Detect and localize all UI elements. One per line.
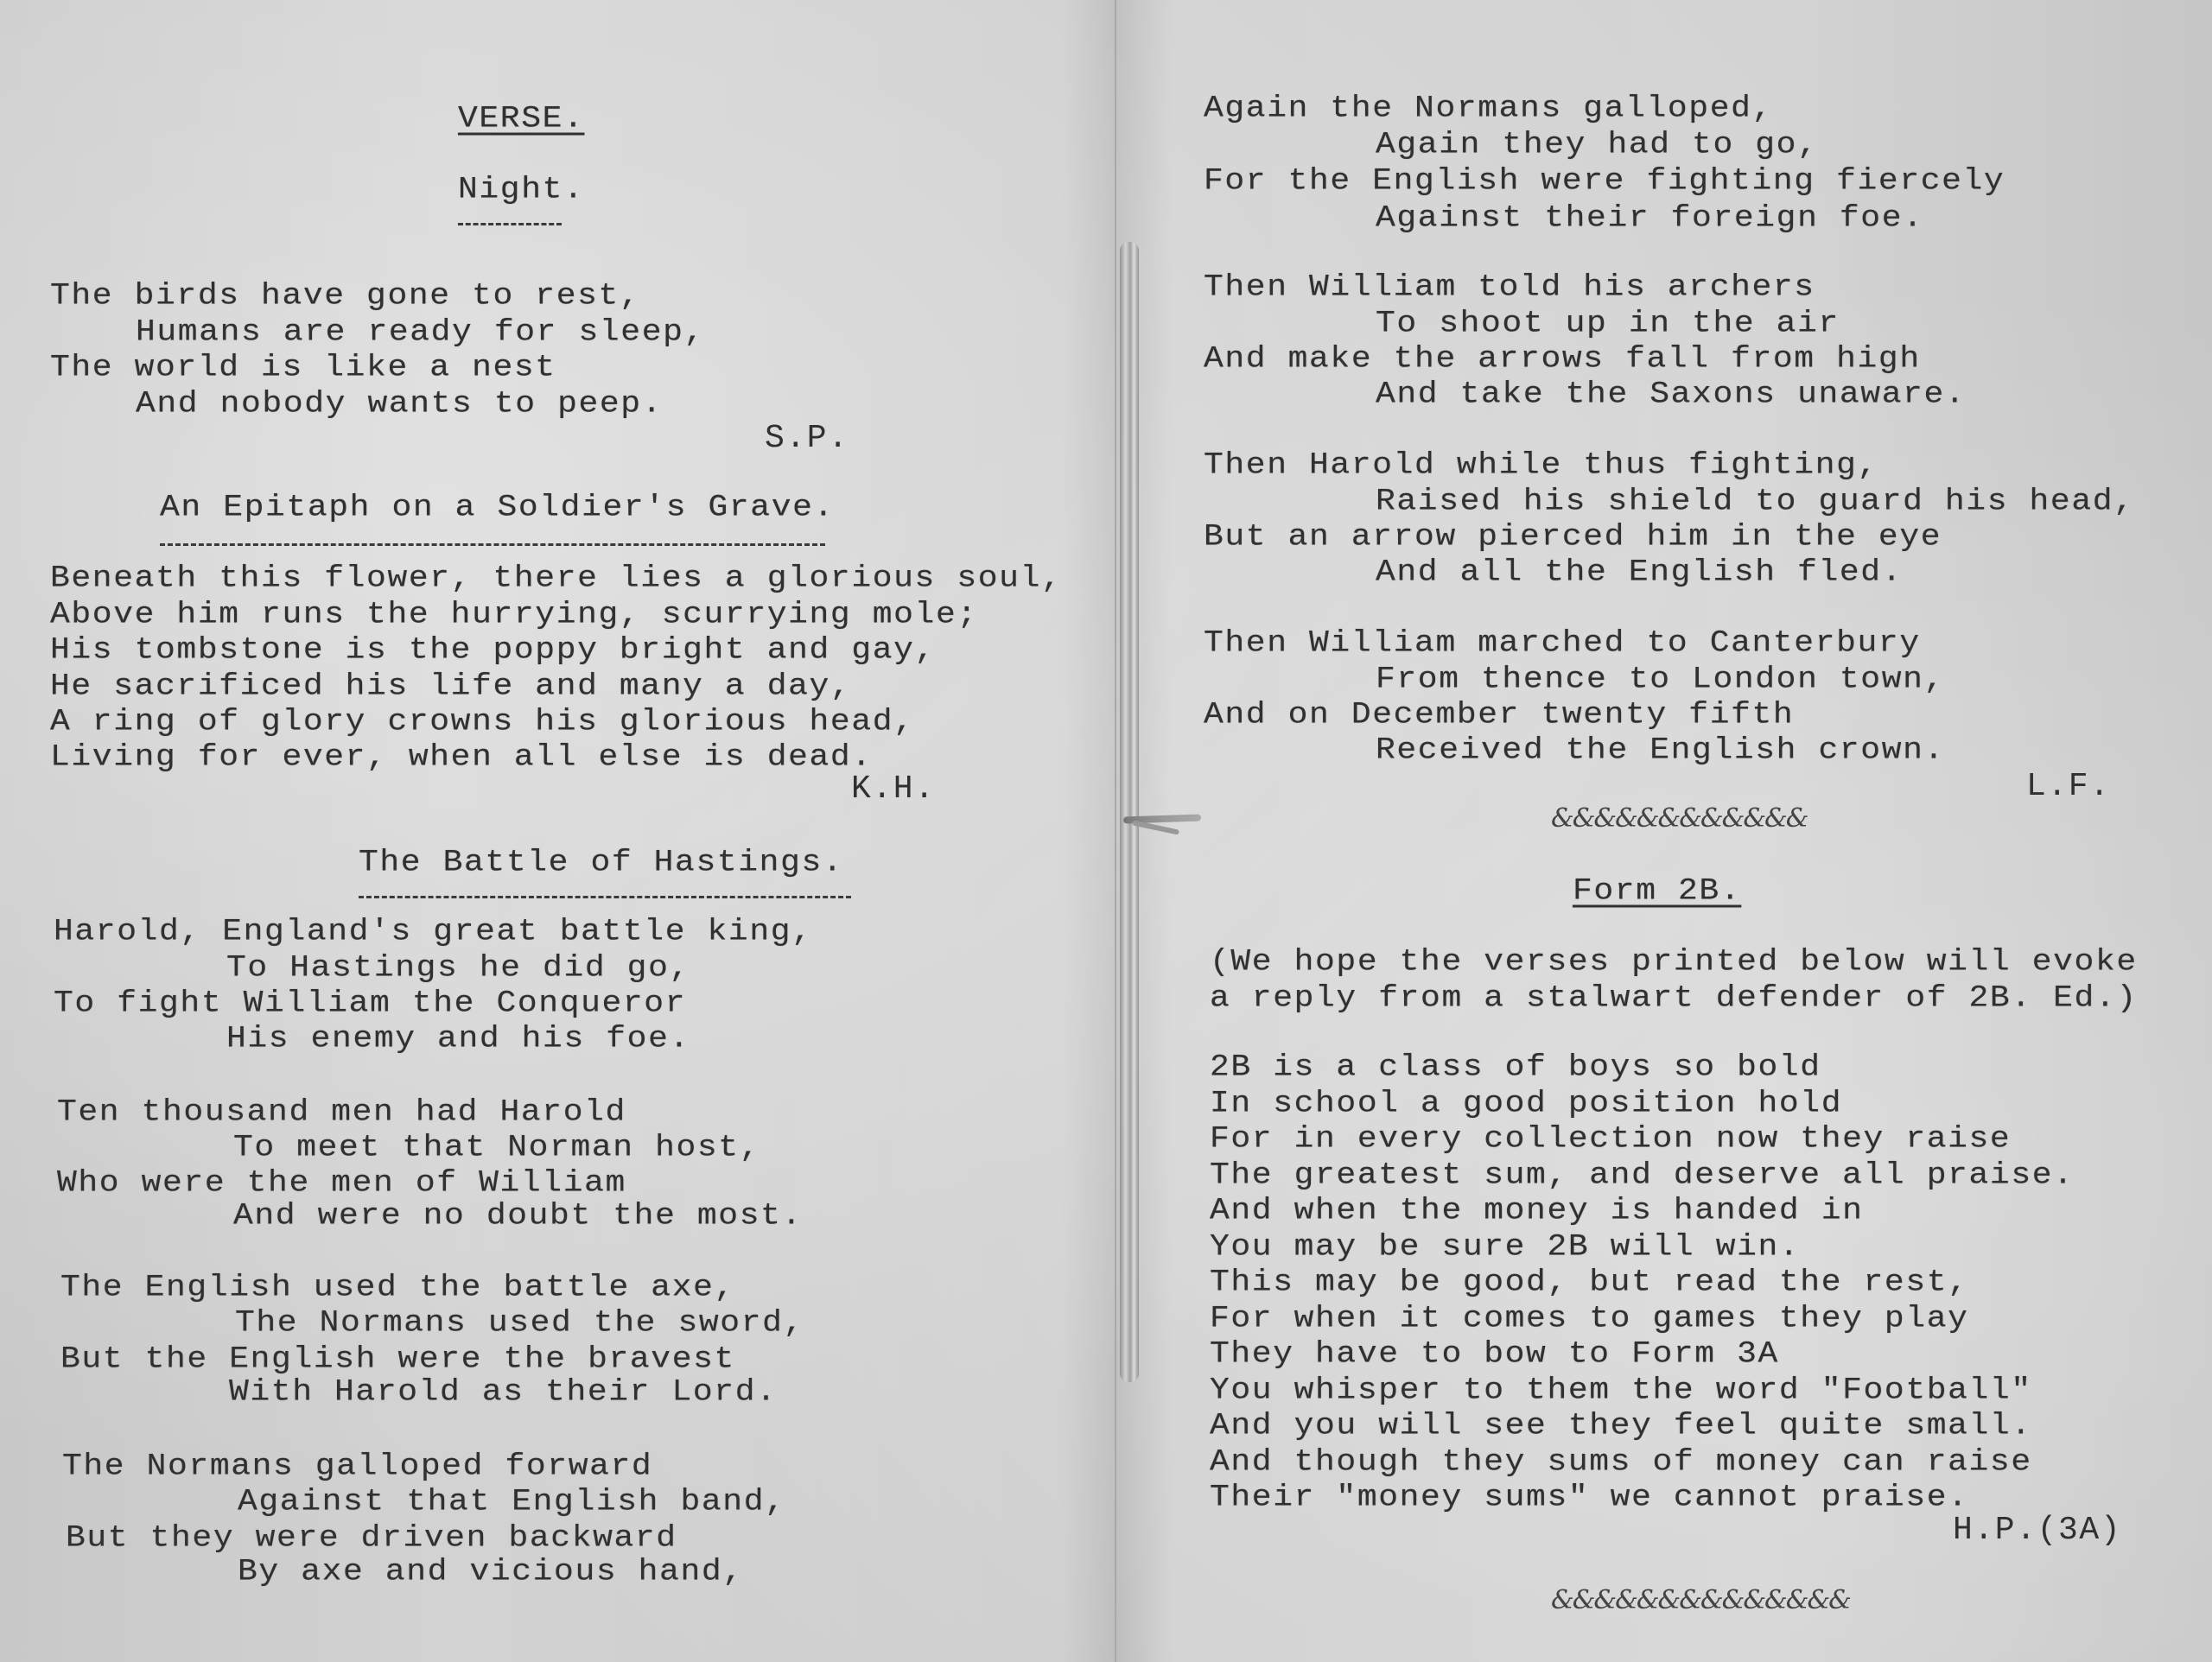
- poem-line: Then William marched to Canterbury: [1204, 628, 1921, 660]
- poem-line: Living for ever, when all else is dead.: [50, 742, 873, 774]
- author-initials: H.P.(3A): [1953, 1512, 2121, 1549]
- poem-line: Then William told his archers: [1204, 272, 1815, 304]
- poem-line: Then Harold while thus fighting,: [1204, 450, 1878, 482]
- poem-title-hastings: The Battle of Hastings.: [359, 847, 843, 879]
- poem-line: To fight William the Conqueror: [54, 988, 686, 1020]
- title-dash-rule: [160, 543, 825, 546]
- poem-line: He sacrificed his life and many a day,: [50, 671, 851, 703]
- poem-line: And when the money is handed in: [1210, 1196, 1864, 1227]
- poem-line: Beneath this flower, there lies a glorio…: [50, 563, 1062, 595]
- poem-line: For the English were fighting fiercely: [1204, 166, 2005, 198]
- center-fold: [1115, 0, 1116, 1662]
- poem-line: And though they sums of money can raise: [1210, 1447, 2032, 1479]
- title-dash-rule: [359, 896, 851, 898]
- poem-line: Ten thousand men had Harold: [57, 1097, 626, 1129]
- poem-line: And you will see they feel quite small.: [1210, 1411, 2032, 1443]
- poem-line: 2B is a class of boys so bold: [1210, 1052, 1821, 1084]
- poem-line: Harold, England's great battle king,: [54, 917, 813, 948]
- poem-line: The world is like a nest: [50, 352, 556, 384]
- poem-line: And take the Saxons unaware.: [1376, 379, 1966, 411]
- poem-line: Against their foreign foe.: [1376, 203, 1924, 235]
- poem-line: To meet that Norman host,: [233, 1132, 760, 1164]
- scanned-booklet-spread: VERSE. Night. The birds have gone to res…: [0, 0, 2212, 1662]
- poem-line: Who were the men of William: [57, 1168, 626, 1200]
- poem-line: Again they had to go,: [1376, 130, 1818, 162]
- poem-line: And were no doubt the most.: [233, 1201, 803, 1233]
- poem-line: By axe and vicious hand,: [238, 1557, 744, 1589]
- poem-line: Humans are ready for sleep,: [136, 317, 705, 349]
- poem-line: The English used the battle axe,: [60, 1272, 735, 1304]
- poem-line: A ring of glory crowns his glorious head…: [50, 707, 915, 739]
- editor-note: a reply from a stalwart defender of 2B. …: [1210, 983, 2138, 1015]
- author-initials: L.F.: [2026, 768, 2111, 805]
- title-dash-rule: [458, 223, 562, 225]
- poem-line: Above him runs the hurrying, scurrying m…: [50, 599, 978, 631]
- poem-title-night: Night.: [458, 174, 584, 206]
- poem-line: But an arrow pierced him in the eye: [1204, 522, 1942, 554]
- poem-line: In school a good position hold: [1210, 1088, 1842, 1120]
- poem-line: But the English were the bravest: [60, 1344, 735, 1376]
- poem-line: You whisper to them the word "Football": [1210, 1375, 2032, 1407]
- poem-line: His tombstone is the poppy bright and ga…: [50, 635, 936, 667]
- poem-title-epitaph: An Epitaph on a Soldier's Grave.: [160, 492, 835, 524]
- poem-line: For when it comes to games they play: [1210, 1304, 1969, 1335]
- poem-line: And make the arrows fall from high: [1204, 344, 1921, 376]
- ornament-divider: &&&&&&&&&&&&&&: [1551, 1585, 1850, 1615]
- poem-line: Received the English crown.: [1376, 735, 1945, 767]
- poem-line: And all the English fled.: [1376, 557, 1903, 589]
- poem-line: The Normans used the sword,: [235, 1308, 804, 1340]
- poem-line: To Hastings he did go,: [226, 953, 690, 985]
- poem-line: His enemy and his foe.: [226, 1024, 690, 1056]
- poem-line: And on December twenty fifth: [1204, 700, 1794, 732]
- poem-title-form-2b: Form 2B.: [1573, 876, 1741, 908]
- poem-line: To shoot up in the air: [1376, 308, 1840, 340]
- binding-string: [1120, 242, 1139, 1382]
- poem-line: From thence to London town,: [1376, 664, 1945, 696]
- ornament-divider: &&&&&&&&&&&&: [1551, 803, 1807, 834]
- poem-line: And nobody wants to peep.: [136, 389, 663, 421]
- poem-line: Raised his shield to guard his head,: [1376, 486, 2135, 518]
- poem-line: The greatest sum, and deserve all praise…: [1210, 1160, 2075, 1192]
- left-page: VERSE. Night. The birds have gone to res…: [0, 0, 1115, 1662]
- poem-line: Their "money sums" we cannot praise.: [1210, 1482, 1969, 1514]
- section-heading: VERSE.: [458, 104, 584, 136]
- editor-note: (We hope the verses printed below will e…: [1210, 947, 2138, 979]
- poem-line: With Harold as their Lord.: [229, 1377, 778, 1409]
- poem-line: You may be sure 2B will win.: [1210, 1232, 1800, 1264]
- poem-line: This may be good, but read the rest,: [1210, 1267, 1969, 1299]
- poem-line: They have to bow to Form 3A: [1210, 1339, 1779, 1371]
- poem-line: Again the Normans galloped,: [1204, 93, 1773, 125]
- author-initials: S.P.: [765, 420, 849, 457]
- author-initials: K.H.: [851, 771, 936, 808]
- poem-line: Against that English band,: [238, 1487, 786, 1519]
- poem-line: But they were driven backward: [66, 1523, 677, 1555]
- poem-line: The Normans galloped forward: [62, 1451, 652, 1483]
- poem-line: For in every collection now they raise: [1210, 1124, 2011, 1156]
- right-page: Again the Normans galloped, Again they h…: [1149, 0, 2212, 1662]
- poem-line: The birds have gone to rest,: [50, 281, 640, 313]
